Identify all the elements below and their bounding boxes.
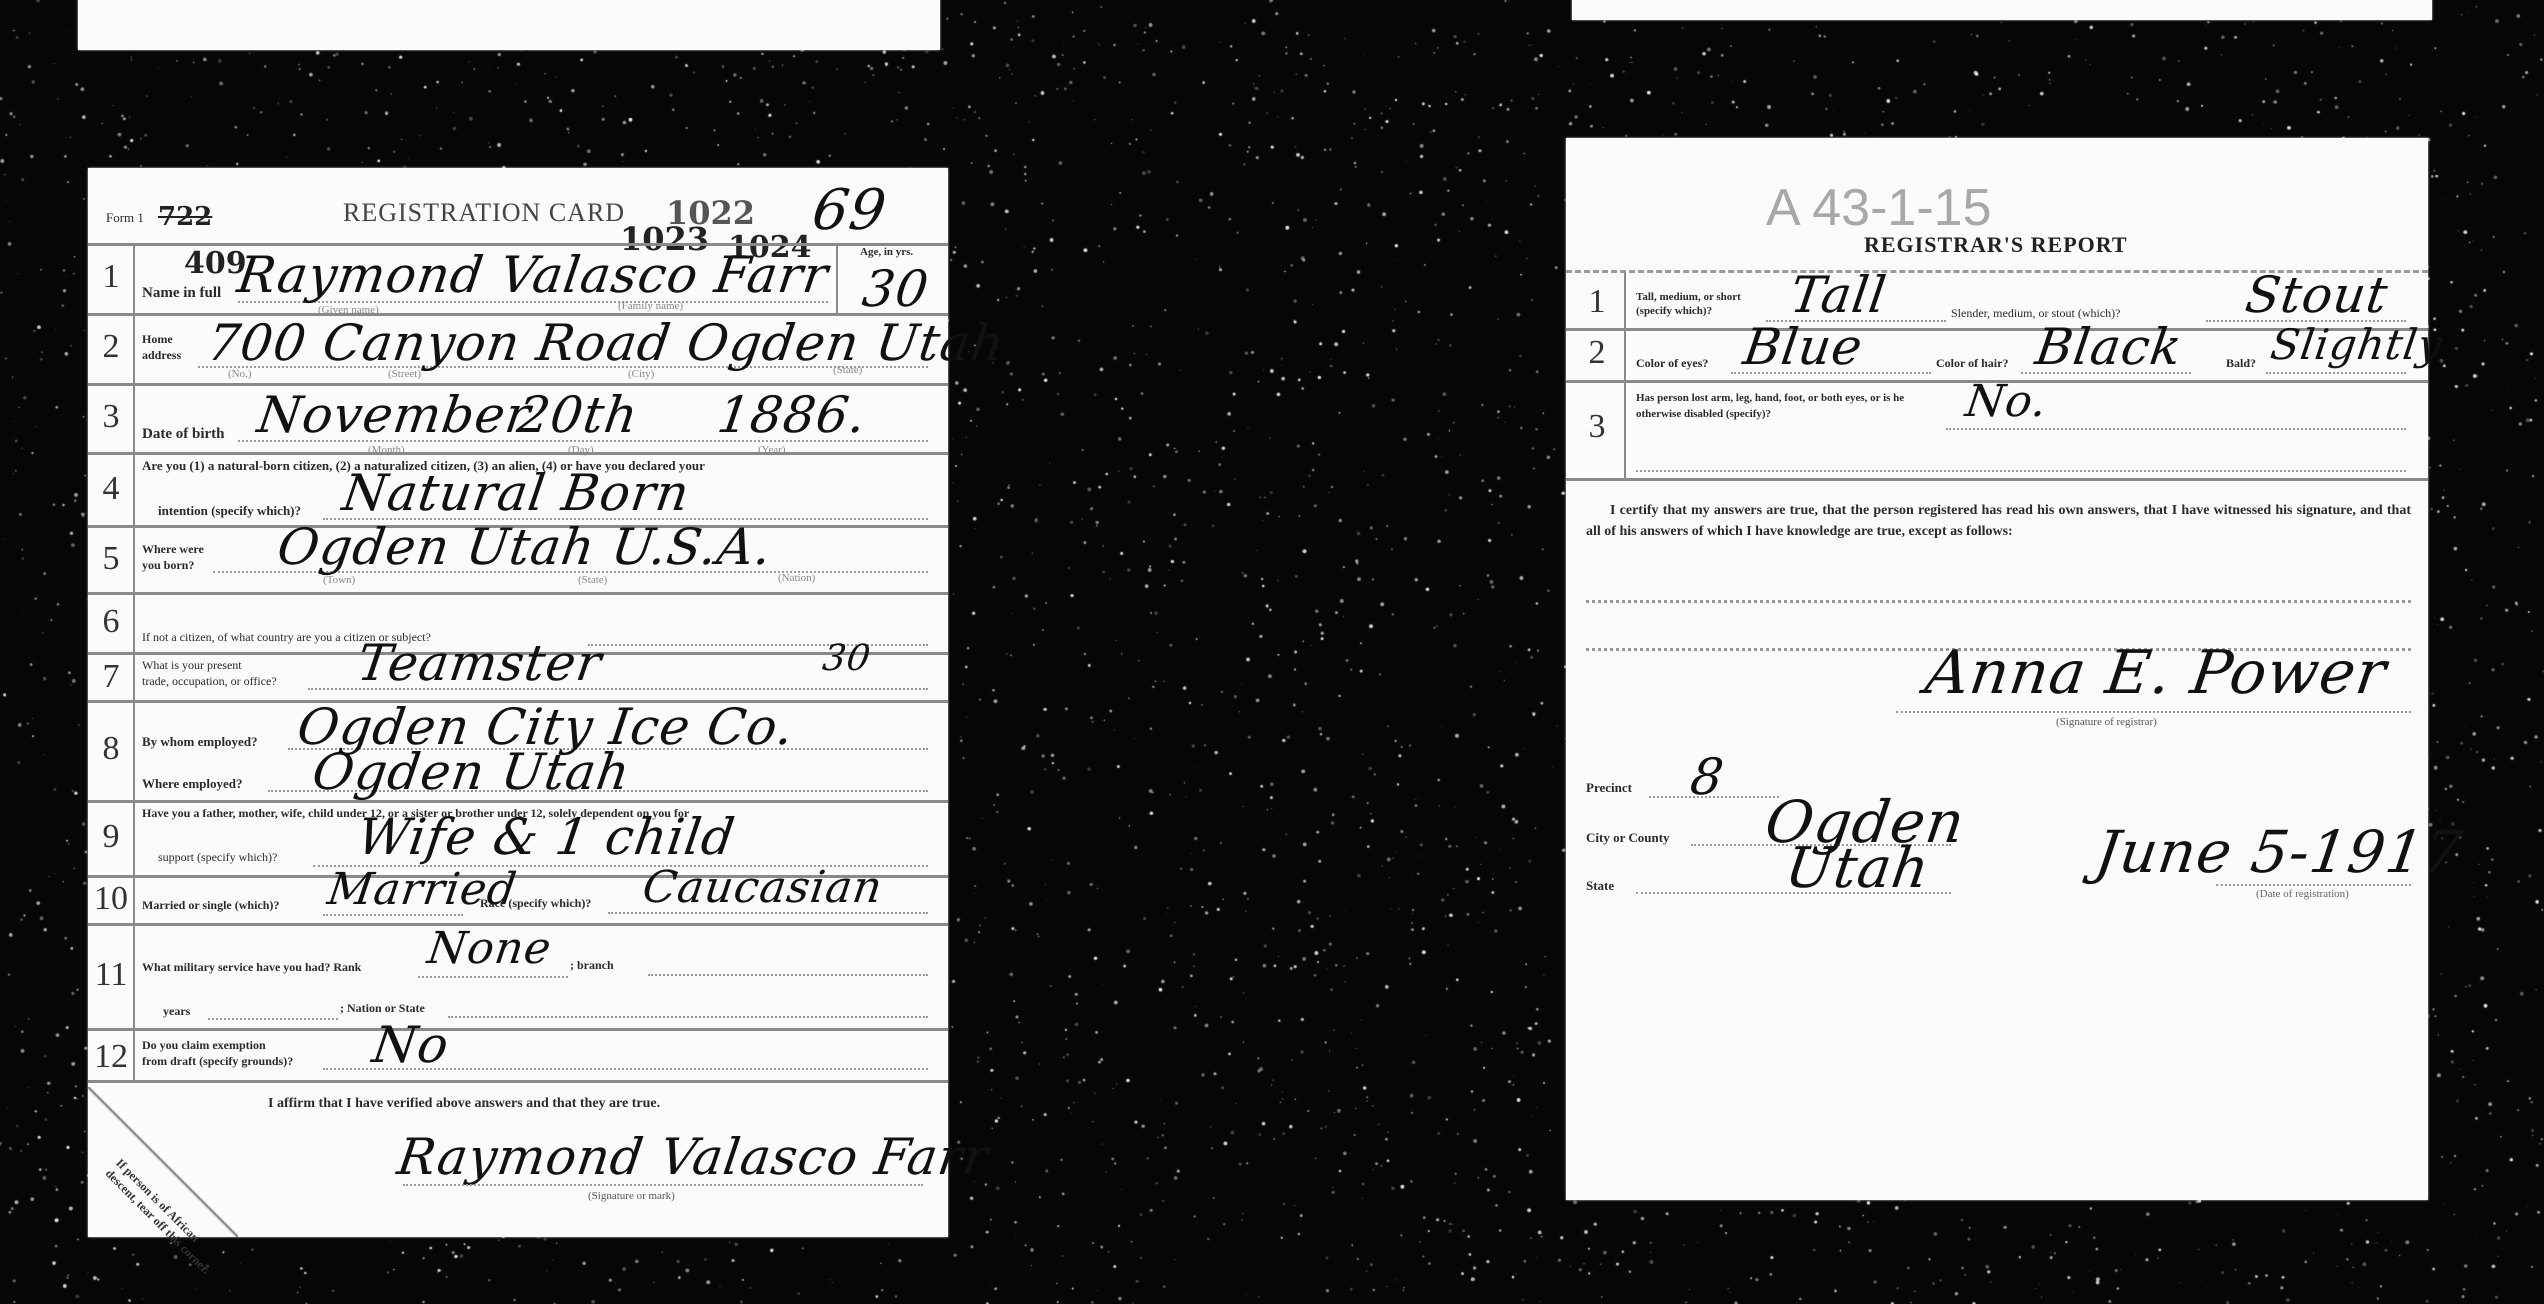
registrar-signature-caption: (Signature of registrar) xyxy=(2056,716,2157,728)
answer-hair-color: Black xyxy=(2032,318,2186,376)
answer-eye-color: Blue xyxy=(1740,318,1867,376)
certification-text: I certify that my answers are true, that… xyxy=(1586,500,2411,542)
registrar-report-card: A 43-1-15 REGISTRAR'S REPORT 1 Tall, med… xyxy=(1566,138,2428,1200)
answer-race: Caucasian xyxy=(639,862,886,913)
answer-full-name: Raymond Valasco Farr xyxy=(234,246,832,304)
answer-home-address: 700 Canyon Road Ogden Utah xyxy=(204,314,1009,372)
answer-build: Stout xyxy=(2242,266,2392,324)
answer-dependents: Wife & 1 child xyxy=(354,808,739,866)
report-stamp: A 43-1-15 xyxy=(1766,178,1992,238)
answer-birth-day: 20th xyxy=(514,386,642,444)
answer-birth-year: 1886. xyxy=(714,386,870,444)
answer-exemption: No xyxy=(369,1016,453,1074)
answer-height: Tall xyxy=(1787,266,1890,324)
form-label: Form 1 xyxy=(106,210,144,226)
signature-caption: (Signature or mark) xyxy=(588,1190,675,1202)
answer-citizenship: Natural Born xyxy=(339,464,694,522)
answer-bald: Slightly xyxy=(2268,320,2447,369)
answer-age: 30 xyxy=(859,260,933,318)
report-title: REGISTRAR'S REPORT xyxy=(1864,232,2128,258)
answer-registration-date: June 5-1917 xyxy=(2091,818,2466,886)
age-label: Age, in yrs. xyxy=(860,246,913,258)
previous-card-fragment-left xyxy=(78,0,940,50)
card-number: 69 xyxy=(808,178,890,243)
tear-off-corner: If person is of African descent, tear of… xyxy=(88,1087,238,1237)
answer-birth-month: November xyxy=(254,386,535,444)
card-title: REGISTRATION CARD xyxy=(343,198,625,228)
registration-card: Form 1 722 REGISTRATION CARD 1022 1023 1… xyxy=(88,168,948,1237)
answer-employment-place: Ogden Utah xyxy=(309,743,634,801)
registrant-signature: Raymond Valasco Farr xyxy=(394,1128,992,1186)
registrar-signature: Anna E. Power xyxy=(1921,638,2391,708)
stamp-number-struck: 722 xyxy=(158,202,212,232)
answer-marital-status: Married xyxy=(324,864,520,915)
answer-disability: No. xyxy=(1962,376,2050,427)
answer-military-service: None xyxy=(424,923,555,974)
affirmation-text: I affirm that I have verified above answ… xyxy=(268,1096,660,1112)
answer-birthplace: Ogden Utah U.S.A. xyxy=(274,518,776,576)
answer-state: Utah xyxy=(1781,836,1933,901)
answer-occupation-note: 30 xyxy=(820,638,874,679)
previous-card-fragment-right xyxy=(1572,0,2432,20)
answer-occupation: Teamster xyxy=(354,634,606,692)
